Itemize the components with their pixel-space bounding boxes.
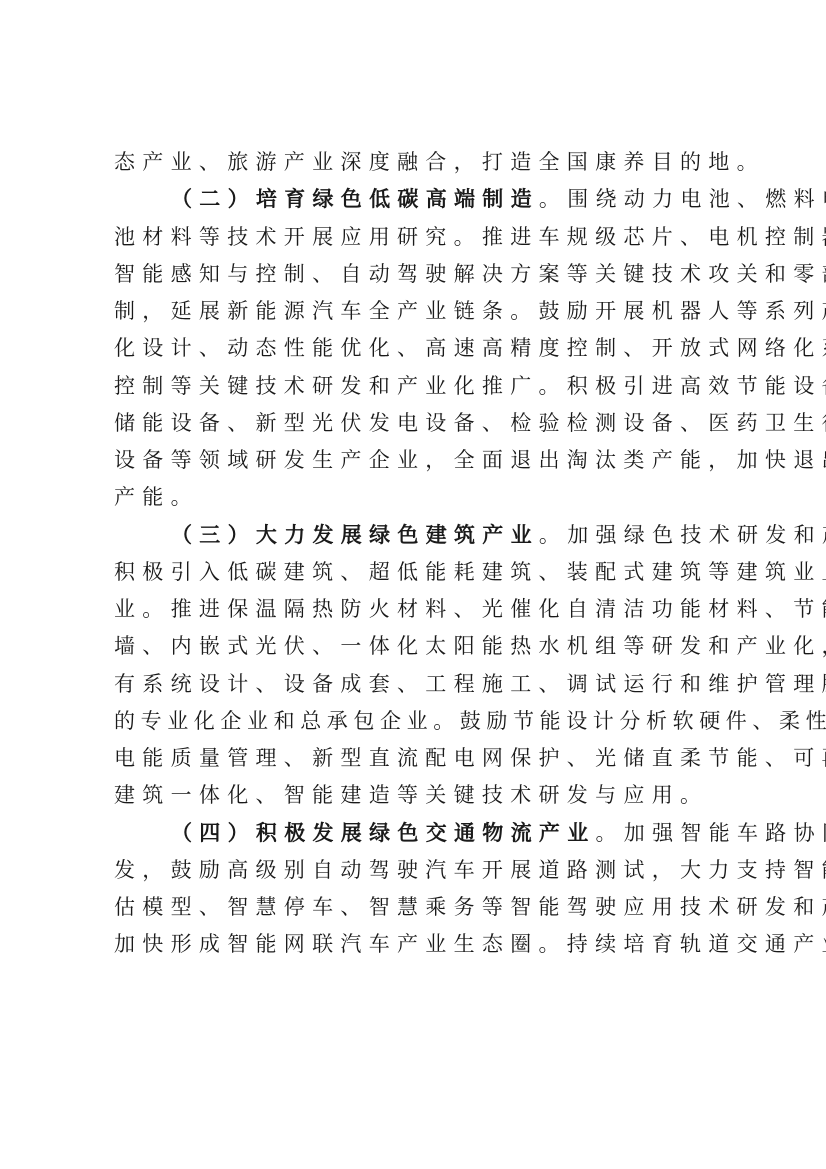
text-line: 设备等领域研发生产企业，全面退出淘汰类产能，加快退出限制类 (114, 442, 718, 479)
text-line: 墙、内嵌式光伏、一体化太阳能热水机组等研发和产业化，培育具 (114, 628, 718, 665)
text-line: 储能设备、新型光伏发电设备、检验检测设备、医药卫生行业超净 (114, 405, 718, 442)
text-line: 积极引入低碳建筑、超低能耗建筑、装配式建筑等建筑业上下游企 (114, 554, 718, 591)
text-line: 池材料等技术开展应用研究。推进车规级芯片、电机控制器、车载 (114, 219, 718, 256)
lead-text: 。加强智能车路协同技术开 (596, 821, 826, 845)
text-line: 智能感知与控制、自动驾驶解决方案等关键技术攻关和零部件研 (114, 256, 718, 293)
text-line: 化设计、动态性能优化、高速高精度控制、开放式网络化系统集成 (114, 330, 718, 367)
text-line: 的专业化企业和总承包企业。鼓励节能设计分析软硬件、柔性配电、 (114, 703, 718, 740)
text-line: 有系统设计、设备成套、工程施工、调试运行和维护管理服务能力 (114, 666, 718, 703)
section-lead-line: （二）培育绿色低碳高端制造。围绕动力电池、燃料电池、电 (114, 181, 718, 218)
text-line: 制，延展新能源汽车全产业链条。鼓励开展机器人等系列产品模块 (114, 293, 718, 330)
section-lead-line: （四）积极发展绿色交通物流产业。加强智能车路协同技术开 (114, 815, 718, 852)
text-line: 发，鼓励高级别自动驾驶汽车开展道路测试，大力支持智能交通评 (114, 852, 718, 889)
section-heading: （二）培育绿色低碳高端制造 (171, 187, 539, 211)
text-line: 电能质量管理、新型直流配电网保护、光储直柔节能、可再生能源 (114, 740, 718, 777)
text-line: 态产业、旅游产业深度融合，打造全国康养目的地。 (114, 144, 718, 181)
text-line: 控制等关键技术研发和产业化推广。积极引进高效节能设备、产能 (114, 368, 718, 405)
section-heading: （三）大力发展绿色建筑产业 (171, 523, 539, 547)
text-line: 估模型、智慧停车、智慧乘务等智能驾驶应用技术研发和产业化， (114, 889, 718, 926)
lead-text: 。加强绿色技术研发和产业化， (539, 523, 826, 547)
text-line: 加快形成智能网联汽车产业生态圈。持续培育轨道交通产业链，推 (114, 926, 718, 963)
text-line: 建筑一体化、智能建造等关键技术研发与应用。 (114, 777, 718, 814)
lead-text: 。围绕动力电池、燃料电池、电 (539, 187, 826, 211)
section-lead-line: （三）大力发展绿色建筑产业。加强绿色技术研发和产业化， (114, 517, 718, 554)
section-heading: （四）积极发展绿色交通物流产业 (171, 821, 596, 845)
text-line: 业。推进保温隔热防火材料、光催化自清洁功能材料、节能玻璃幕 (114, 591, 718, 628)
text-line: 产能。 (114, 479, 718, 516)
document-page: 态产业、旅游产业深度融合，打造全国康养目的地。 （二）培育绿色低碳高端制造。围绕… (114, 144, 718, 964)
